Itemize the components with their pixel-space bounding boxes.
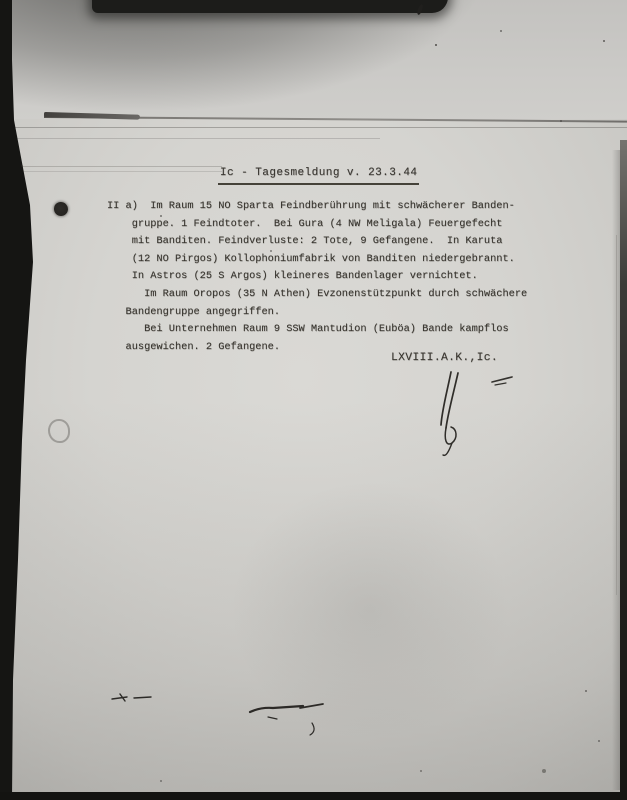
film-scratch-marks — [112, 694, 323, 735]
scanned-document-photo: Ic - Tagesmeldung v. 23.3.44 II a) Im Ra… — [0, 0, 627, 800]
pen-dash-mark — [492, 377, 512, 385]
handwritten-signature — [441, 372, 458, 455]
handwritten-signature-and-scratches — [0, 0, 627, 800]
film-border-bottom — [0, 792, 627, 800]
hole-punch-filled — [54, 202, 68, 216]
dust-specks — [435, 44, 437, 46]
hole-punch-ring — [48, 419, 70, 443]
film-border-left — [0, 0, 36, 800]
page-right-crease — [616, 235, 617, 595]
film-border-right — [620, 140, 627, 800]
